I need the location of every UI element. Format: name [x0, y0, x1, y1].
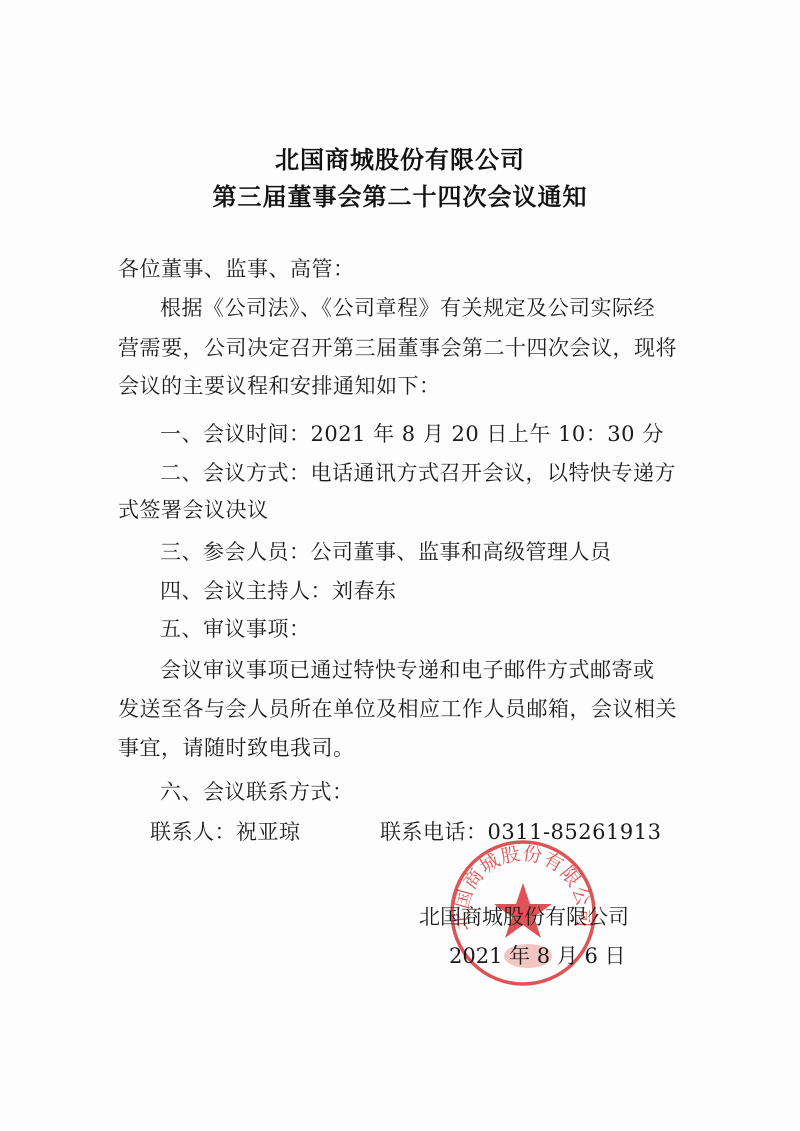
item-meeting-method-2: 式签署会议决议 [118, 498, 269, 522]
intro-line-2: 营需要，公司决定召开第三届董事会第二十四次会议，现将 [118, 336, 677, 360]
item-attendees: 三、参会人员：公司董事、监事和高级管理人员 [160, 540, 612, 564]
signature-date: 2021 年 8 月 6 日 [449, 944, 626, 968]
agenda-line-3: 事宜，请随时致电我司。 [118, 736, 355, 760]
intro-line-3: 会议的主要议程和安排通知如下： [118, 374, 441, 398]
company-title: 北国商城股份有限公司 [0, 140, 800, 175]
agenda-line-1: 会议审议事项已通过特快专递和电子邮件方式邮寄或 [160, 658, 655, 682]
intro-line-1: 根据《公司法》、《公司章程》有关规定及公司实际经 [160, 296, 655, 320]
item-meeting-time: 一、会议时间：2021 年 8 月 20 日上午 10：30 分 [160, 422, 664, 446]
agenda-line-2: 发送至各与会人员所在单位及相应工作人员邮箱，会议相关 [118, 697, 677, 721]
notice-title: 第三届董事会第二十四次会议通知 [0, 177, 800, 212]
item-agenda-heading: 五、审议事项： [160, 617, 311, 641]
salutation: 各位董事、监事、高管： [118, 257, 355, 281]
signature-company: 北国商城股份有限公司 [419, 905, 629, 929]
item-contact-heading: 六、会议联系方式： [160, 780, 354, 804]
item-meeting-method-1: 二、会议方式：电话通讯方式召开会议，以特快专递方 [160, 461, 676, 485]
item-host: 四、会议主持人：刘春东 [160, 579, 397, 603]
contact-person: 联系人：祝亚琼 [150, 820, 301, 844]
document-page: 北国商城股份有限公司 第三届董事会第二十四次会议通知 各位董事、监事、高管： 根… [0, 0, 800, 1131]
